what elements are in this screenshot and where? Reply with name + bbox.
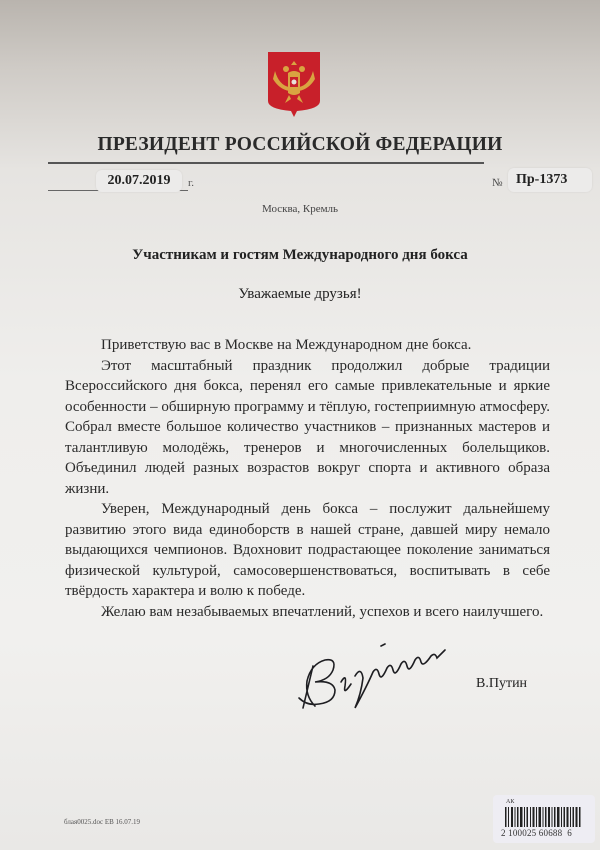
document-number: Пр-1373 — [508, 168, 592, 192]
paragraph: Уверен, Международный день бокса – послу… — [65, 499, 550, 602]
paragraph: Этот масштабный праздник продолжил добры… — [65, 356, 550, 500]
letter-body: Приветствую вас в Москве на Международно… — [65, 335, 550, 622]
paragraph: Приветствую вас в Москве на Международно… — [65, 335, 550, 356]
issuer-title: ПРЕЗИДЕНТ РОССИЙСКОЙ ФЕДЕРАЦИИ — [0, 134, 600, 156]
header-divider — [48, 162, 484, 164]
barcode-number: 2 100025 60688 6 — [501, 828, 572, 838]
letter-page: ПРЕЗИДЕНТ РОССИЙСКОЙ ФЕДЕРАЦИИ 20.07.201… — [0, 0, 600, 850]
document-date: 20.07.2019 — [96, 170, 182, 192]
signature-icon — [285, 636, 460, 716]
file-reference: блая0025.doc ЕВ 16.07.19 — [64, 818, 140, 826]
number-sign: № — [492, 177, 503, 189]
barcode-icon — [505, 807, 581, 827]
date-suffix: г. — [188, 177, 194, 189]
paragraph: Желаю вам незабываемых впечатлений, успе… — [65, 602, 550, 623]
addressee-heading: Участникам и гостям Международного дня б… — [0, 247, 600, 264]
barcode-label: АК 2 100025 60688 6 — [493, 795, 595, 843]
salutation: Уважаемые друзья! — [0, 286, 600, 303]
place-of-issue: Москва, Кремль — [0, 203, 600, 215]
signer-name: В.Путин — [476, 676, 527, 692]
barcode-logo: АК — [506, 799, 514, 805]
coat-of-arms-icon — [267, 51, 321, 117]
